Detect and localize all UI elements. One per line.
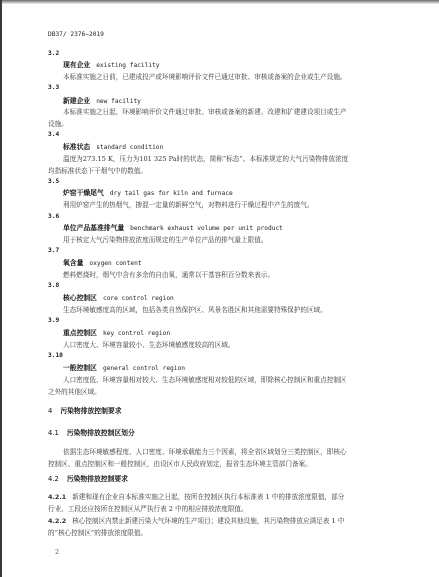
subsection-heading: 4.1污染物排放控制区划分 <box>48 429 135 437</box>
clause-number: 3.6 <box>48 213 59 221</box>
term-heading: 炉窑干燥尾气dry tail gas for kiln and furnace <box>63 189 233 198</box>
term-english: standard condition <box>96 144 163 151</box>
definition-text: 燃料燃烧时，烟气中含有多余的自由氧，通常以干基容积百分数来表示。 <box>63 271 274 279</box>
subsection-number: 4.2 <box>48 475 59 483</box>
clause-paragraph: 4.2.2核心控制区内禁止新建污染大气环境的生产项目；建设其他设施，其污染物排放… <box>48 517 344 525</box>
term-chinese: 氧含量 <box>63 259 83 267</box>
clause-text: 新建和现有企业自本标准实施之日起，按所在控制区执行本标准表 1 中的排放浓度限值… <box>72 493 344 501</box>
term-chinese: 新建企业 <box>63 97 90 105</box>
subsection-title: 污染物排放控制区划分 <box>67 429 135 437</box>
clause-number: 3.2 <box>48 50 59 58</box>
clause-number: 3.10 <box>48 352 63 360</box>
definition-text: 本标准实施之日起，环境影响评价文件通过审批、审核或备案的新建、改建和扩建建设项目… <box>63 108 347 116</box>
section-title: 污染物排放控制要求 <box>60 407 121 415</box>
term-heading: 核心控制区core control region <box>63 294 174 303</box>
term-chinese: 一般控制区 <box>63 364 97 372</box>
subsection-heading: 4.2污染物排放控制要求 <box>48 475 128 483</box>
term-english: dry tail gas for kiln and furnace <box>110 190 233 197</box>
clause-number: 3.4 <box>48 131 59 139</box>
term-chinese: 重点控制区 <box>63 329 97 337</box>
term-english: core control region <box>103 295 174 302</box>
definition-text: 本标准实施之日前，已建成投产或环境影响评价文件已通过审批、审核或备案的企业或生产… <box>63 73 347 81</box>
term-heading: 新建企业new facility <box>63 97 141 106</box>
term-english: benchmark exhaust volume per unit produc… <box>130 225 283 232</box>
term-heading: 现有企业existing facility <box>63 61 160 70</box>
clause-number: 3.3 <box>48 84 59 92</box>
term-heading: 标准状态standard condition <box>63 143 163 152</box>
definition-text: 人口密度大、环境容量较小、生态环境敏感度较高的区域。 <box>63 341 234 349</box>
clause-text-cont: 的“核心控制区”的排放浓度限值。 <box>48 529 147 537</box>
document-code: DB37/ 2376—2019 <box>48 31 104 39</box>
clause-number: 3.9 <box>48 317 59 325</box>
section-number: 4 <box>48 407 52 415</box>
definition-text: 人口密度低、环境容量相对较大、生态环境敏感度相对较低的区域，即除核心控制区和重点… <box>63 376 347 384</box>
definition-text: 用于核定大气污染物排放浓度而规定的生产单位产品的排气量上限值。 <box>63 236 267 244</box>
term-chinese: 单位产品基准排气量 <box>63 224 124 232</box>
term-heading: 氧含量oxygen content <box>63 259 142 268</box>
term-english: new facility <box>96 98 141 105</box>
subsection-number: 4.1 <box>48 429 59 437</box>
term-chinese: 标准状态 <box>63 143 90 151</box>
definition-text: 生态环境敏感度高的区域，包括各类自然保护区、风景名胜区和其他需要特殊保护的区域。 <box>63 306 327 314</box>
definition-text-cont: 均指标准状态下干烟气中的数值。 <box>48 167 147 175</box>
clause-paragraph: 4.2.1新建和现有企业自本标准实施之日起，按所在控制区执行本标准表 1 中的排… <box>48 493 344 501</box>
definition-text-cont: 设施。 <box>48 120 68 128</box>
clause-number: 4.2.1 <box>48 493 66 501</box>
clause-text: 核心控制区内禁止新建污染大气环境的生产项目；建设其他设施，其污染物排放应满足表 … <box>72 517 344 525</box>
clause-number: 3.5 <box>48 178 59 186</box>
term-english: oxygen content <box>89 260 141 267</box>
document-page: DB37/ 2376—2019 3.2 现有企业existing facilit… <box>0 0 439 577</box>
paragraph-text: 依据生态环境敏感程度、人口密度、环境承载能力三个因素，将全省区域划分三类控制区，… <box>63 448 347 456</box>
definition-text: 温度为273.15 K，压力为101 325 Pa时的状态，简称“标态”。本标准… <box>63 155 348 163</box>
term-english: key control region <box>103 330 170 337</box>
term-heading: 单位产品基准排气量benchmark exhaust volume per un… <box>63 224 283 233</box>
section-heading: 4污染物排放控制要求 <box>48 407 122 415</box>
paragraph-text-cont: 控制区、重点控制区和一般控制区，由设区市人民政府划定，报省生态环境主管部门备案。 <box>48 460 312 468</box>
clause-number: 3.8 <box>48 282 59 290</box>
clause-number: 3.7 <box>48 247 59 255</box>
page-number: 2 <box>55 548 59 556</box>
definition-text: 利用炉窑产生的热烟气，掺混一定量的新鲜空气，对物料进行干燥过程中产生的废气。 <box>63 201 314 209</box>
term-english: general control region <box>103 365 185 372</box>
clause-number: 4.2.2 <box>48 517 66 525</box>
term-chinese: 核心控制区 <box>63 294 97 302</box>
definition-text-cont: 之外的其他区域。 <box>48 388 101 396</box>
subsection-title: 污染物排放控制要求 <box>67 475 128 483</box>
term-english: existing facility <box>96 62 159 69</box>
term-heading: 重点控制区key control region <box>63 329 170 338</box>
term-chinese: 炉窑干燥尾气 <box>63 189 104 197</box>
term-heading: 一般控制区general control region <box>63 364 185 373</box>
clause-text-cont: 行业、工段还应按所在控制区从严执行表 2 中的相应排放浓度限值。 <box>48 505 248 513</box>
term-chinese: 现有企业 <box>63 61 90 69</box>
